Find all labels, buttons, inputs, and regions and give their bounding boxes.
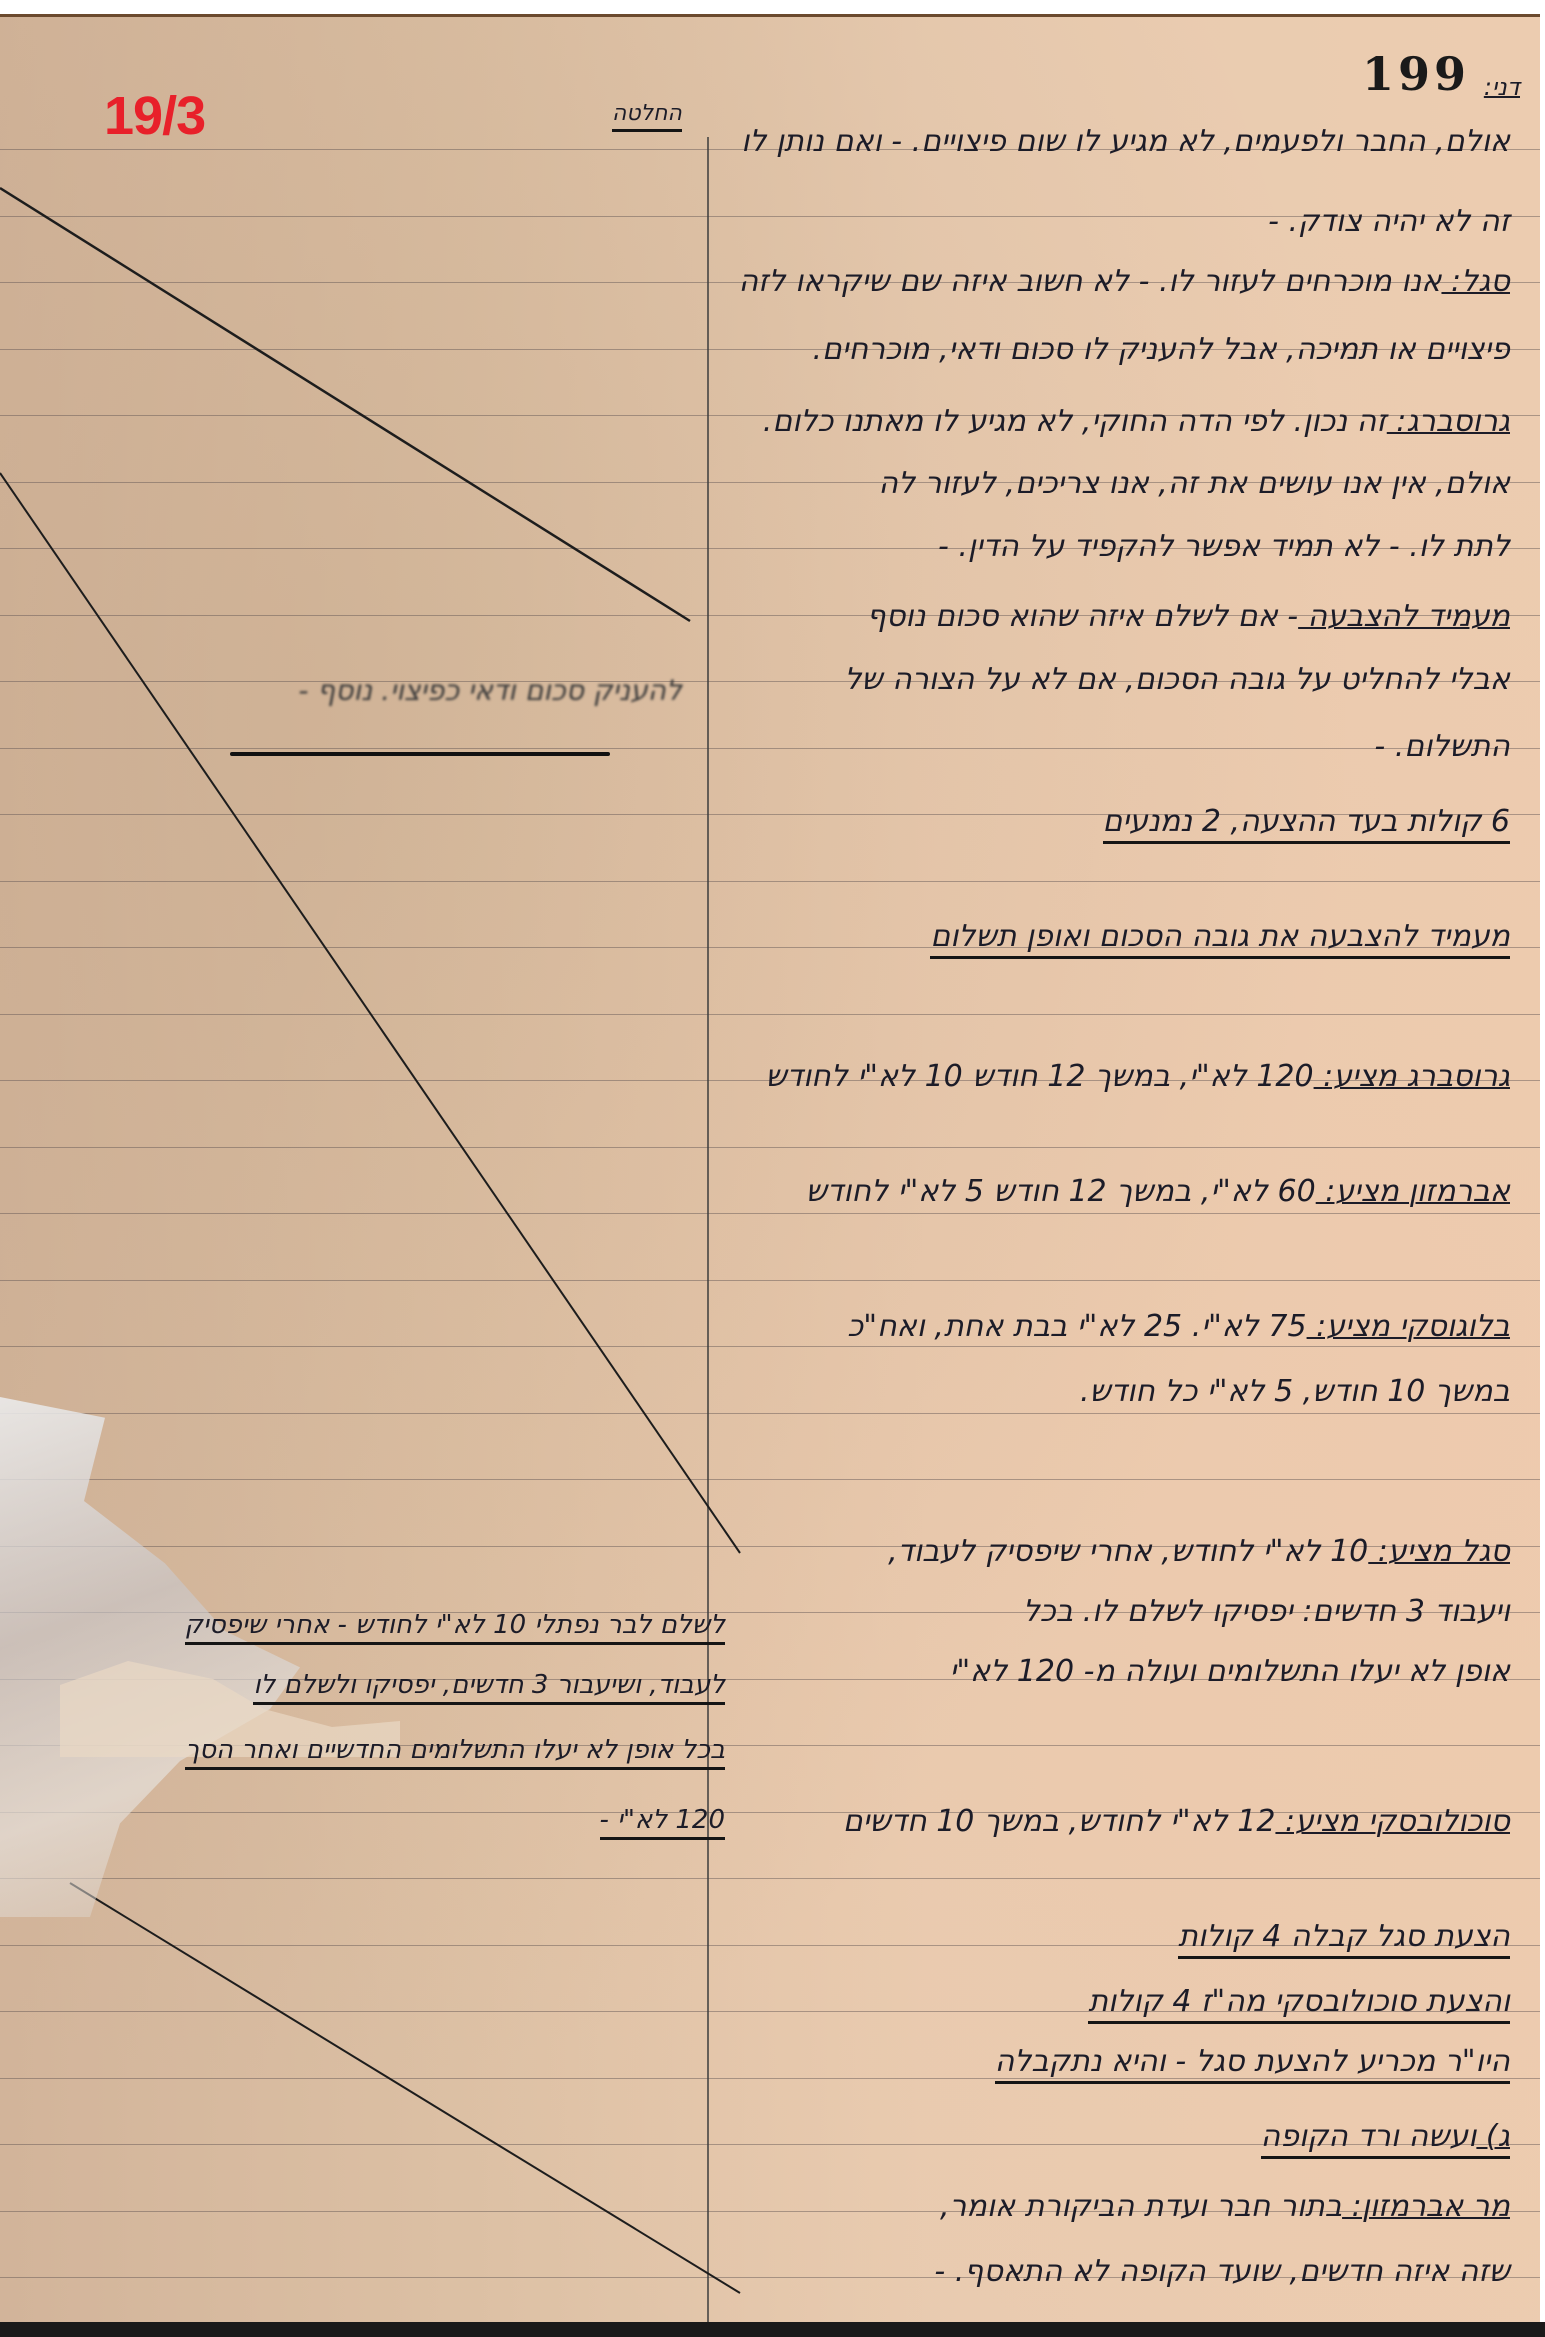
speaker-label: מעמיד להצבעה <box>1298 599 1510 634</box>
page-edge-right <box>1540 14 1545 2324</box>
ruled-line <box>0 1280 1540 1281</box>
page-edge-bottom <box>0 2322 1545 2337</box>
minutes-line: פיצויים או תמיכה, אבל להעניק לו סכום ודא… <box>812 335 1510 365</box>
margin-divider-line <box>707 137 709 2337</box>
line-text: פיצויים או תמיכה, אבל להעניק לו סכום ודא… <box>812 332 1510 367</box>
minutes-line: אולם, אין אנו עושים את זה, אנו צריכים, ל… <box>878 469 1510 499</box>
margin-heading: החלטה <box>612 103 682 132</box>
line-text: מעמיד להצבעה את גובה הסכום ואופן תשלום <box>930 919 1510 954</box>
minutes-line: ג) ועשה ורד הקופה <box>1261 2122 1510 2159</box>
minutes-line: והצעת סוכולובסקי מה"ז 4 קולות <box>1088 1987 1510 2024</box>
ruled-line <box>0 1346 1540 1347</box>
ruled-line <box>0 1413 1540 1414</box>
minutes-line: אולם, החבר ולפעמים, לא מגיע לו שום פיצוי… <box>741 127 1510 157</box>
margin-decision-line: לשלם לבר נפתלי 10 לא"י לחודש - אחרי שיפס… <box>185 1612 726 1645</box>
line-text: לתת לו. - לא תמיד אפשר להקפיד על הדין. - <box>938 529 1510 564</box>
minutes-line: סוכולובסקי מציע: 12 לא"י לחודש, במשך 10 … <box>843 1807 1510 1837</box>
speaker-label: גרוסברג: <box>1387 404 1510 439</box>
page-number: 199 <box>1362 47 1470 101</box>
line-text: 120 לא"י, במשך 12 חודש 10 לא"י לחודש <box>765 1059 1313 1094</box>
line-text: 75 לא"י. 25 לא"י בבת אחת, ואח"כ <box>847 1309 1306 1344</box>
margin-decision-line: בכל אופן לא יעלו התשלומים החדשיים ואחר ה… <box>185 1737 725 1770</box>
minutes-line: זה לא יהיה צודק. - <box>1268 207 1510 237</box>
ruled-line <box>0 1479 1540 1480</box>
minutes-line: במשך 10 חודש, 5 לא"י כל חודש. <box>1080 1377 1510 1407</box>
line-text: היו"ר מכריע להצעת סגל - והיא נתקבלה <box>995 2044 1510 2079</box>
minutes-line: אופן לא יעלו התשלומים ועולה מ- 120 לא"י <box>950 1657 1510 1687</box>
line-text: והצעת סוכולובסקי מה"ז 4 קולות <box>1088 1984 1510 2019</box>
line-text: התשלום. - <box>1374 729 1510 764</box>
line-text: זה לא יהיה צודק. - <box>1268 204 1510 239</box>
speaker-label: ג) <box>1476 2119 1510 2154</box>
minutes-line: התשלום. - <box>1374 732 1510 762</box>
line-text: ועשה ורד הקופה <box>1261 2119 1477 2154</box>
minutes-line: אבלי להחליט על גובה הסכום, אם לא על הצור… <box>844 665 1510 695</box>
line-text: 60 לא"י, במשך 12 חודש 5 לא"י לחודש <box>806 1174 1316 1209</box>
minutes-line: גרוסברג מציע: 120 לא"י, במשך 12 חודש 10 … <box>765 1062 1510 1092</box>
speaker-label: בלוגוסקי מציע: <box>1307 1309 1510 1344</box>
ruled-line <box>0 1147 1540 1148</box>
margin-decision-1: להעניק סכום ודאי כפיצוי. נוסף - <box>298 677 682 705</box>
minutes-line: מעמיד להצבעה - אם לשלם איזה שהוא סכום נו… <box>867 602 1510 632</box>
minutes-line: בלוגוסקי מציע: 75 לא"י. 25 לא"י בבת אחת,… <box>847 1312 1510 1342</box>
minutes-line: 6 קולות בעד ההצעה, 2 נמנעים <box>1103 807 1511 844</box>
minutes-line: מעמיד להצבעה את גובה הסכום ואופן תשלום <box>930 922 1510 959</box>
document-page: 19/3 199 החלטה דני: אולם, החבר ולפעמים, … <box>0 14 1540 2335</box>
line-text: זה נכון. לפי הדה החוקי, לא מגיע לו מאתנו… <box>763 404 1387 439</box>
speaker-label: גרוסברג מציע: <box>1314 1059 1510 1094</box>
line-text: - אם לשלם איזה שהוא סכום נוסף <box>867 599 1298 634</box>
speaker-label: אברמזון מציע: <box>1316 1174 1510 1209</box>
line-text: 10 לא"י לחודש, אחרי שיפסיק לעבוד, <box>888 1534 1368 1569</box>
minutes-line: ויעבוד 3 חדשים: יפסיקו לשלם לו. בכל <box>1023 1597 1510 1627</box>
torn-paper-area <box>0 1397 300 1917</box>
line-text: 12 לא"י לחודש, במשך 10 חדשים <box>843 1804 1276 1839</box>
margin-decision-line: לעבוד, ושיעבור 3 חדשים, יפסיקו ולשלם לו <box>253 1672 725 1705</box>
ruled-line <box>0 748 1540 749</box>
line-text: בתור חבר ועדת הביקורת אומר, <box>940 2189 1342 2224</box>
line-text: שזה איזה חדשים, שועד הקופה לא התאסף. - <box>934 2254 1510 2289</box>
speaker-label: סוכולובסקי מציע: <box>1275 1804 1510 1839</box>
minutes-line: סגל: אנו מוכרחים לעזור לו. - לא חשוב איז… <box>739 267 1510 297</box>
line-text: במשך 10 חודש, 5 לא"י כל חודש. <box>1080 1374 1510 1409</box>
line-text: אולם, אין אנו עושים את זה, אנו צריכים, ל… <box>878 466 1510 501</box>
speaker-label: מר אברמזון: <box>1342 2189 1510 2224</box>
speaker-label: סגל: <box>1441 264 1510 299</box>
line-text: אולם, החבר ולפעמים, לא מגיע לו שום פיצוי… <box>741 124 1510 159</box>
speaker-label: סגל מציע: <box>1368 1534 1510 1569</box>
ruled-line <box>0 1213 1540 1214</box>
minutes-line: גרוסברג: זה נכון. לפי הדה החוקי, לא מגיע… <box>763 407 1510 437</box>
ruled-line <box>0 1878 1540 1879</box>
minutes-line: שזה איזה חדשים, שועד הקופה לא התאסף. - <box>934 2257 1510 2287</box>
minutes-line: סגל מציע: 10 לא"י לחודש, אחרי שיפסיק לעב… <box>888 1537 1510 1567</box>
margin-decision-line: 120 לא"י - <box>600 1807 725 1840</box>
minutes-line: לתת לו. - לא תמיד אפשר להקפיד על הדין. - <box>938 532 1510 562</box>
line-text: אופן לא יעלו התשלומים ועולה מ- 120 לא"י <box>950 1654 1510 1689</box>
line-text: 6 קולות בעד ההצעה, 2 נמנעים <box>1103 804 1511 839</box>
line-text: אבלי להחליט על גובה הסכום, אם לא על הצור… <box>844 662 1510 697</box>
minutes-line: דני: <box>1484 75 1520 99</box>
line-text: הצעת סגל קבלה 4 קולות <box>1178 1919 1510 1954</box>
speaker-label: דני: <box>1484 73 1520 101</box>
line-text: אנו מוכרחים לעזור לו. - לא חשוב איזה שם … <box>739 264 1442 299</box>
minutes-line: היו"ר מכריע להצעת סגל - והיא נתקבלה <box>995 2047 1510 2084</box>
ruled-line <box>0 881 1540 882</box>
minutes-line: אברמזון מציע: 60 לא"י, במשך 12 חודש 5 לא… <box>806 1177 1510 1207</box>
minutes-line: הצעת סגל קבלה 4 קולות <box>1178 1922 1510 1959</box>
line-text: ויעבוד 3 חדשים: יפסיקו לשלם לו. בכל <box>1023 1594 1510 1629</box>
ruled-line <box>0 1014 1540 1015</box>
minutes-line: מר אברמזון: בתור חבר ועדת הביקורת אומר, <box>940 2192 1510 2222</box>
decision-underline <box>230 752 610 756</box>
date-stamp: 19/3 <box>104 85 205 147</box>
